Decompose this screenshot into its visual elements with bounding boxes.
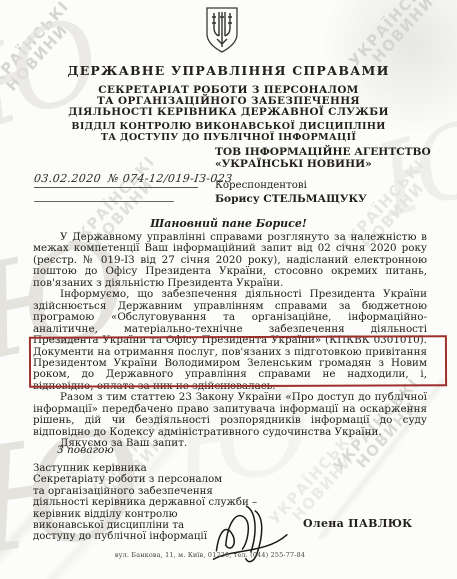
ref-date: 03.02.2020 [33, 172, 101, 185]
signer-name: Олена ПАВЛЮК [303, 517, 412, 530]
handwritten-signature [206, 494, 292, 572]
secretariat-name: СЕКРЕТАРІАТ РОБОТИ З ПЕРСОНАЛОМ ТА ОРГАН… [0, 85, 457, 119]
paragraph-1: У Державному управлінні справами розглян… [33, 232, 427, 289]
letter-body: У Державному управлінні справами розглян… [33, 232, 427, 450]
paragraph-2: Інформуємо, що забезпечення діяльності П… [33, 289, 427, 392]
scanned-letter-page: УКРАЇНСЬКІ НОВИНИ УКРАЇНСЬКІ НОВИНИ УКРА… [0, 0, 457, 579]
salutation: Шановний пане Борисе! [0, 217, 457, 230]
recipient-org: ТОВ ІНФОРМАЦІЙНЕ АГЕНТСТВО «УКРАЇНСЬКІ Н… [215, 147, 431, 171]
recipient-to-label: Кореспондентові [215, 180, 431, 191]
address-footer: вул. Банкова, 11, м. Київ, 01220, тел. (… [90, 551, 330, 559]
closing-phrase: З повагою [57, 444, 114, 456]
recipient-block: ТОВ ІНФОРМАЦІЙНЕ АГЕНТСТВО «УКРАЇНСЬКІ Н… [215, 147, 431, 205]
trident-emblem-icon [204, 6, 240, 58]
org-name: ДЕРЖАВНЕ УПРАВЛІННЯ СПРАВАМИ [0, 63, 457, 78]
ref-number-line: 03.02.2020 № 074-12/019-ІЗ-023 [34, 172, 198, 188]
department-name: ВІДДІЛ КОНТРОЛЮ ВИКОНАВСЬКОЇ ДИСЦИПЛІНИ … [0, 122, 457, 143]
recipient-name: Борису СТЕЛЬМАЩУКУ [215, 193, 431, 205]
paragraph-3: Разом з тим статтею 23 Закону України «П… [33, 392, 427, 438]
ref-blank-line [34, 201, 174, 202]
